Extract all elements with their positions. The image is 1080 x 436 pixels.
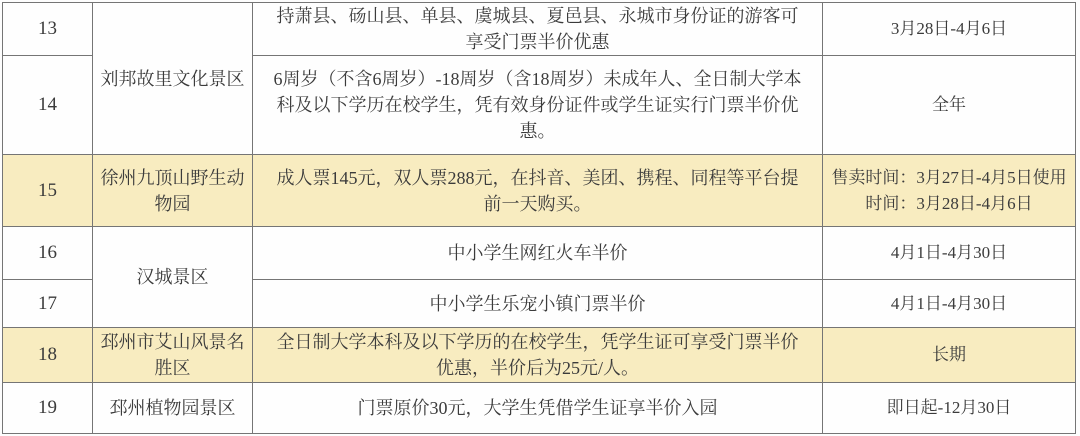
date-range-cell: 即日起-12月30日 — [823, 383, 1076, 434]
spot-name-cell: 邳州市艾山风景名胜区 — [93, 328, 253, 383]
discount-desc-cell: 持萧县、砀山县、单县、虞城县、夏邑县、永城市身份证的游客可享受门票半价优惠 — [253, 3, 823, 56]
spot-name-cell: 邳州植物园景区 — [93, 383, 253, 434]
date-range-cell: 3月28日-4月6日 — [823, 3, 1076, 56]
spot-name-cell: 刘邦故里文化景区 — [93, 3, 253, 155]
row-number-cell: 16 — [3, 227, 93, 280]
table-row: 15 徐州九顶山野生动物园 成人票145元，双人票288元，在抖音、美团、携程、… — [3, 155, 1076, 227]
discount-desc-cell: 门票原价30元，大学生凭借学生证享半价入园 — [253, 383, 823, 434]
discount-desc-cell: 6周岁（不含6周岁）-18周岁（含18周岁）未成年人、全日制大学本科及以下学历在… — [253, 56, 823, 155]
row-number-cell: 17 — [3, 280, 93, 328]
date-range-cell: 4月1日-4月30日 — [823, 280, 1076, 328]
table-row: 16 汉城景区 中小学生网红火车半价 4月1日-4月30日 — [3, 227, 1076, 280]
discount-desc-cell: 中小学生乐宠小镇门票半价 — [253, 280, 823, 328]
discount-desc-cell: 中小学生网红火车半价 — [253, 227, 823, 280]
date-range-cell: 全年 — [823, 56, 1076, 155]
discount-desc-cell: 成人票145元，双人票288元，在抖音、美团、携程、同程等平台提前一天购买。 — [253, 155, 823, 227]
table-row: 18 邳州市艾山风景名胜区 全日制大学本科及以下学历的在校学生，凭学生证可享受门… — [3, 328, 1076, 383]
scenic-spot-discount-table: 13 刘邦故里文化景区 持萧县、砀山县、单县、虞城县、夏邑县、永城市身份证的游客… — [2, 2, 1076, 434]
row-number-cell: 15 — [3, 155, 93, 227]
row-number-cell: 13 — [3, 3, 93, 56]
table-row: 19 邳州植物园景区 门票原价30元，大学生凭借学生证享半价入园 即日起-12月… — [3, 383, 1076, 434]
row-number-cell: 18 — [3, 328, 93, 383]
row-number-cell: 19 — [3, 383, 93, 434]
discount-table-page: 13 刘邦故里文化景区 持萧县、砀山县、单县、虞城县、夏邑县、永城市身份证的游客… — [0, 0, 1080, 436]
discount-desc-cell: 全日制大学本科及以下学历的在校学生，凭学生证可享受门票半价优惠，半价后为25元/… — [253, 328, 823, 383]
date-range-cell: 4月1日-4月30日 — [823, 227, 1076, 280]
date-range-cell: 售卖时间：3月27日-4月5日使用时间：3月28日-4月6日 — [823, 155, 1076, 227]
spot-name-cell: 汉城景区 — [93, 227, 253, 328]
spot-name-cell: 徐州九顶山野生动物园 — [93, 155, 253, 227]
date-range-cell: 长期 — [823, 328, 1076, 383]
table-row: 13 刘邦故里文化景区 持萧县、砀山县、单县、虞城县、夏邑县、永城市身份证的游客… — [3, 3, 1076, 56]
row-number-cell: 14 — [3, 56, 93, 155]
